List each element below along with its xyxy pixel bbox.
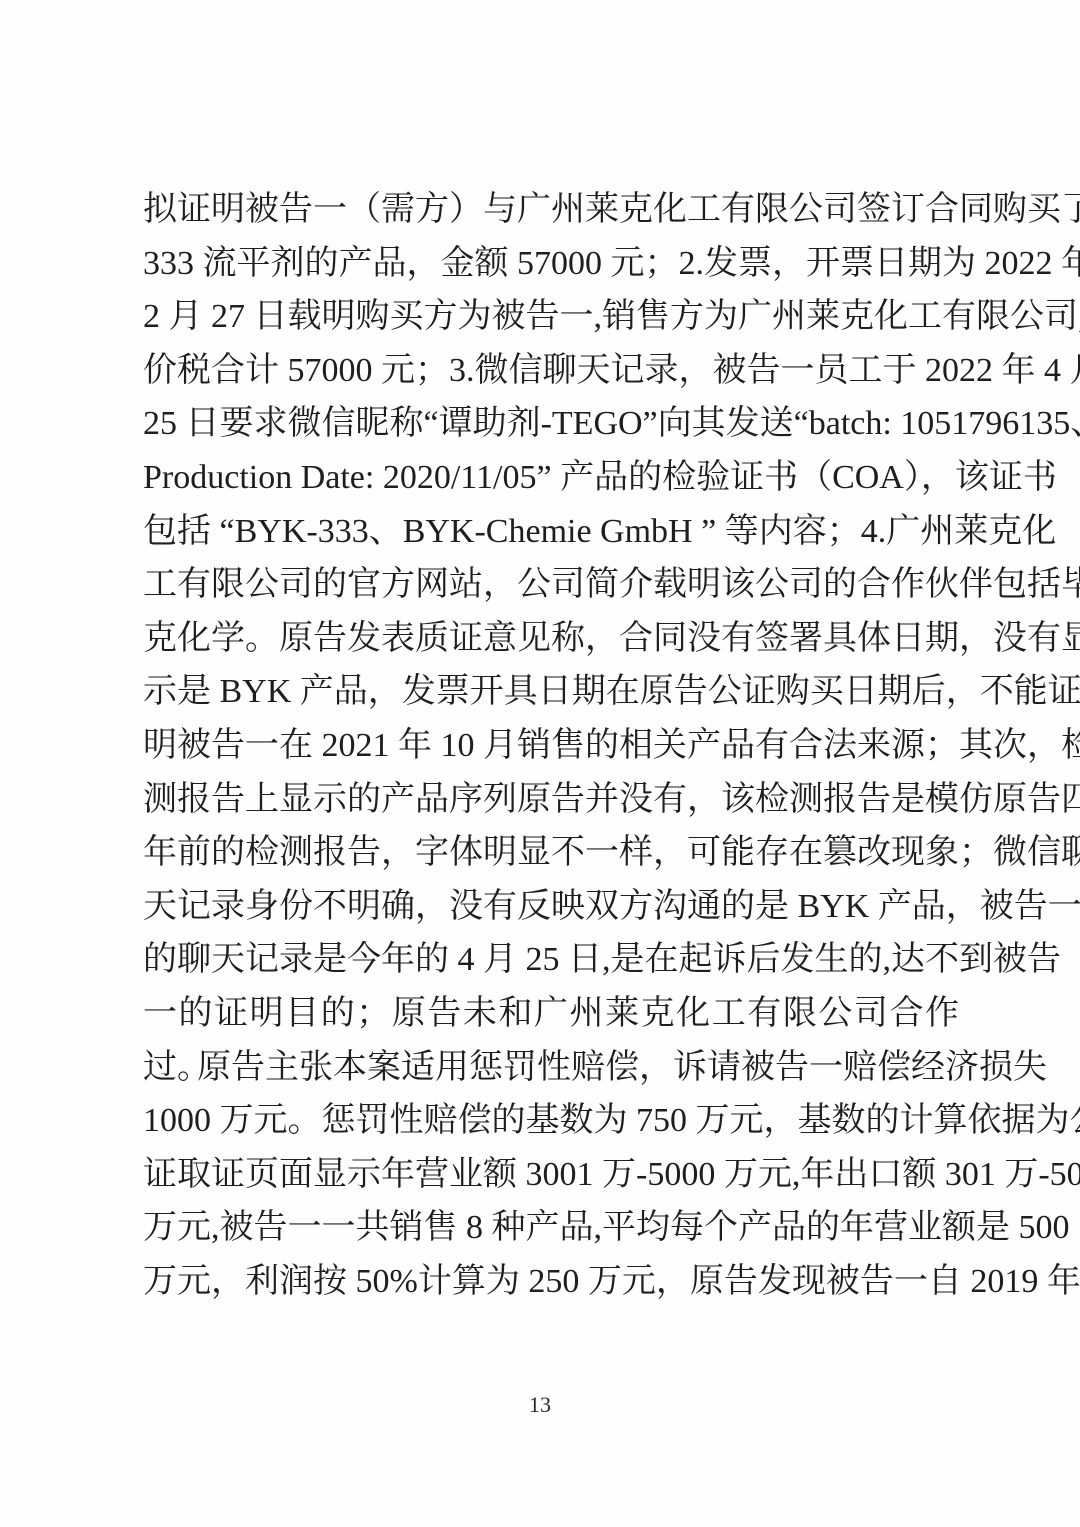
text-line: 的聊天记录是今年的 4 月 25 日,是在起诉后发生的,达不到被告 xyxy=(143,933,959,987)
document-page: 拟证明被告一（需方）与广州莱克化工有限公司签订合同购买了 333 流平剂的产品，… xyxy=(0,0,1080,1527)
text-line-paragraph-start: 原告主张本案适用惩罚性赔偿，诉请被告一赔偿经济损失 xyxy=(143,1041,959,1095)
text-line: 包括 “BYK-333、BYK-Chemie GmbH ” 等内容；4.广州莱克… xyxy=(143,505,959,559)
page-number: 13 xyxy=(0,1390,1080,1420)
text-line: 克化学。原告发表质证意见称，合同没有签署具体日期，没有显 xyxy=(143,612,959,666)
text-line: 示是 BYK 产品，发票开具日期在原告公证购买日期后，不能证 xyxy=(143,665,959,719)
text-line: 1000 万元。惩罚性赔偿的基数为 750 万元，基数的计算依据为公 xyxy=(143,1094,959,1148)
text-line-paragraph-end: 一的证明目的；原告未和广州莱克化工有限公司合作过。 xyxy=(143,987,959,1041)
text-line: Production Date: 2020/11/05” 产品的检验证书（COA… xyxy=(143,451,959,505)
text-line: 测报告上显示的产品序列原告并没有，该检测报告是模仿原告四 xyxy=(143,773,959,827)
text-line: 年前的检测报告，字体明显不一样，可能存在篡改现象；微信聊 xyxy=(143,826,959,880)
text-line: 万元，利润按 50%计算为 250 万元，原告发现被告一自 2019 年 xyxy=(143,1255,959,1309)
text-line: 价税合计 57000 元；3.微信聊天记录，被告一员工于 2022 年 4 月 xyxy=(143,344,959,398)
body-text: 拟证明被告一（需方）与广州莱克化工有限公司签订合同购买了 333 流平剂的产品，… xyxy=(143,183,959,1308)
text-line: 明被告一在 2021 年 10 月销售的相关产品有合法来源；其次，检 xyxy=(143,719,959,773)
text-line: 证取证页面显示年营业额 3001 万-5000 万元,年出口额 301 万-50… xyxy=(143,1148,959,1202)
text-line: 25 日要求微信昵称“谭助剂-TEGO”向其发送“batch: 10517961… xyxy=(143,397,959,451)
text-line: 万元,被告一一共销售 8 种产品,平均每个产品的年营业额是 500 xyxy=(143,1201,959,1255)
text-line: 2 月 27 日载明购买方为被告一,销售方为广州莱克化工有限公司, xyxy=(143,290,959,344)
text-line: 工有限公司的官方网站，公司简介载明该公司的合作伙伴包括毕 xyxy=(143,558,959,612)
text-line: 拟证明被告一（需方）与广州莱克化工有限公司签订合同购买了 xyxy=(143,183,959,237)
text-line: 天记录身份不明确，没有反映双方沟通的是 BYK 产品，被告一 xyxy=(143,880,959,934)
text-line: 333 流平剂的产品，金额 57000 元；2.发票，开票日期为 2022 年 xyxy=(143,237,959,291)
